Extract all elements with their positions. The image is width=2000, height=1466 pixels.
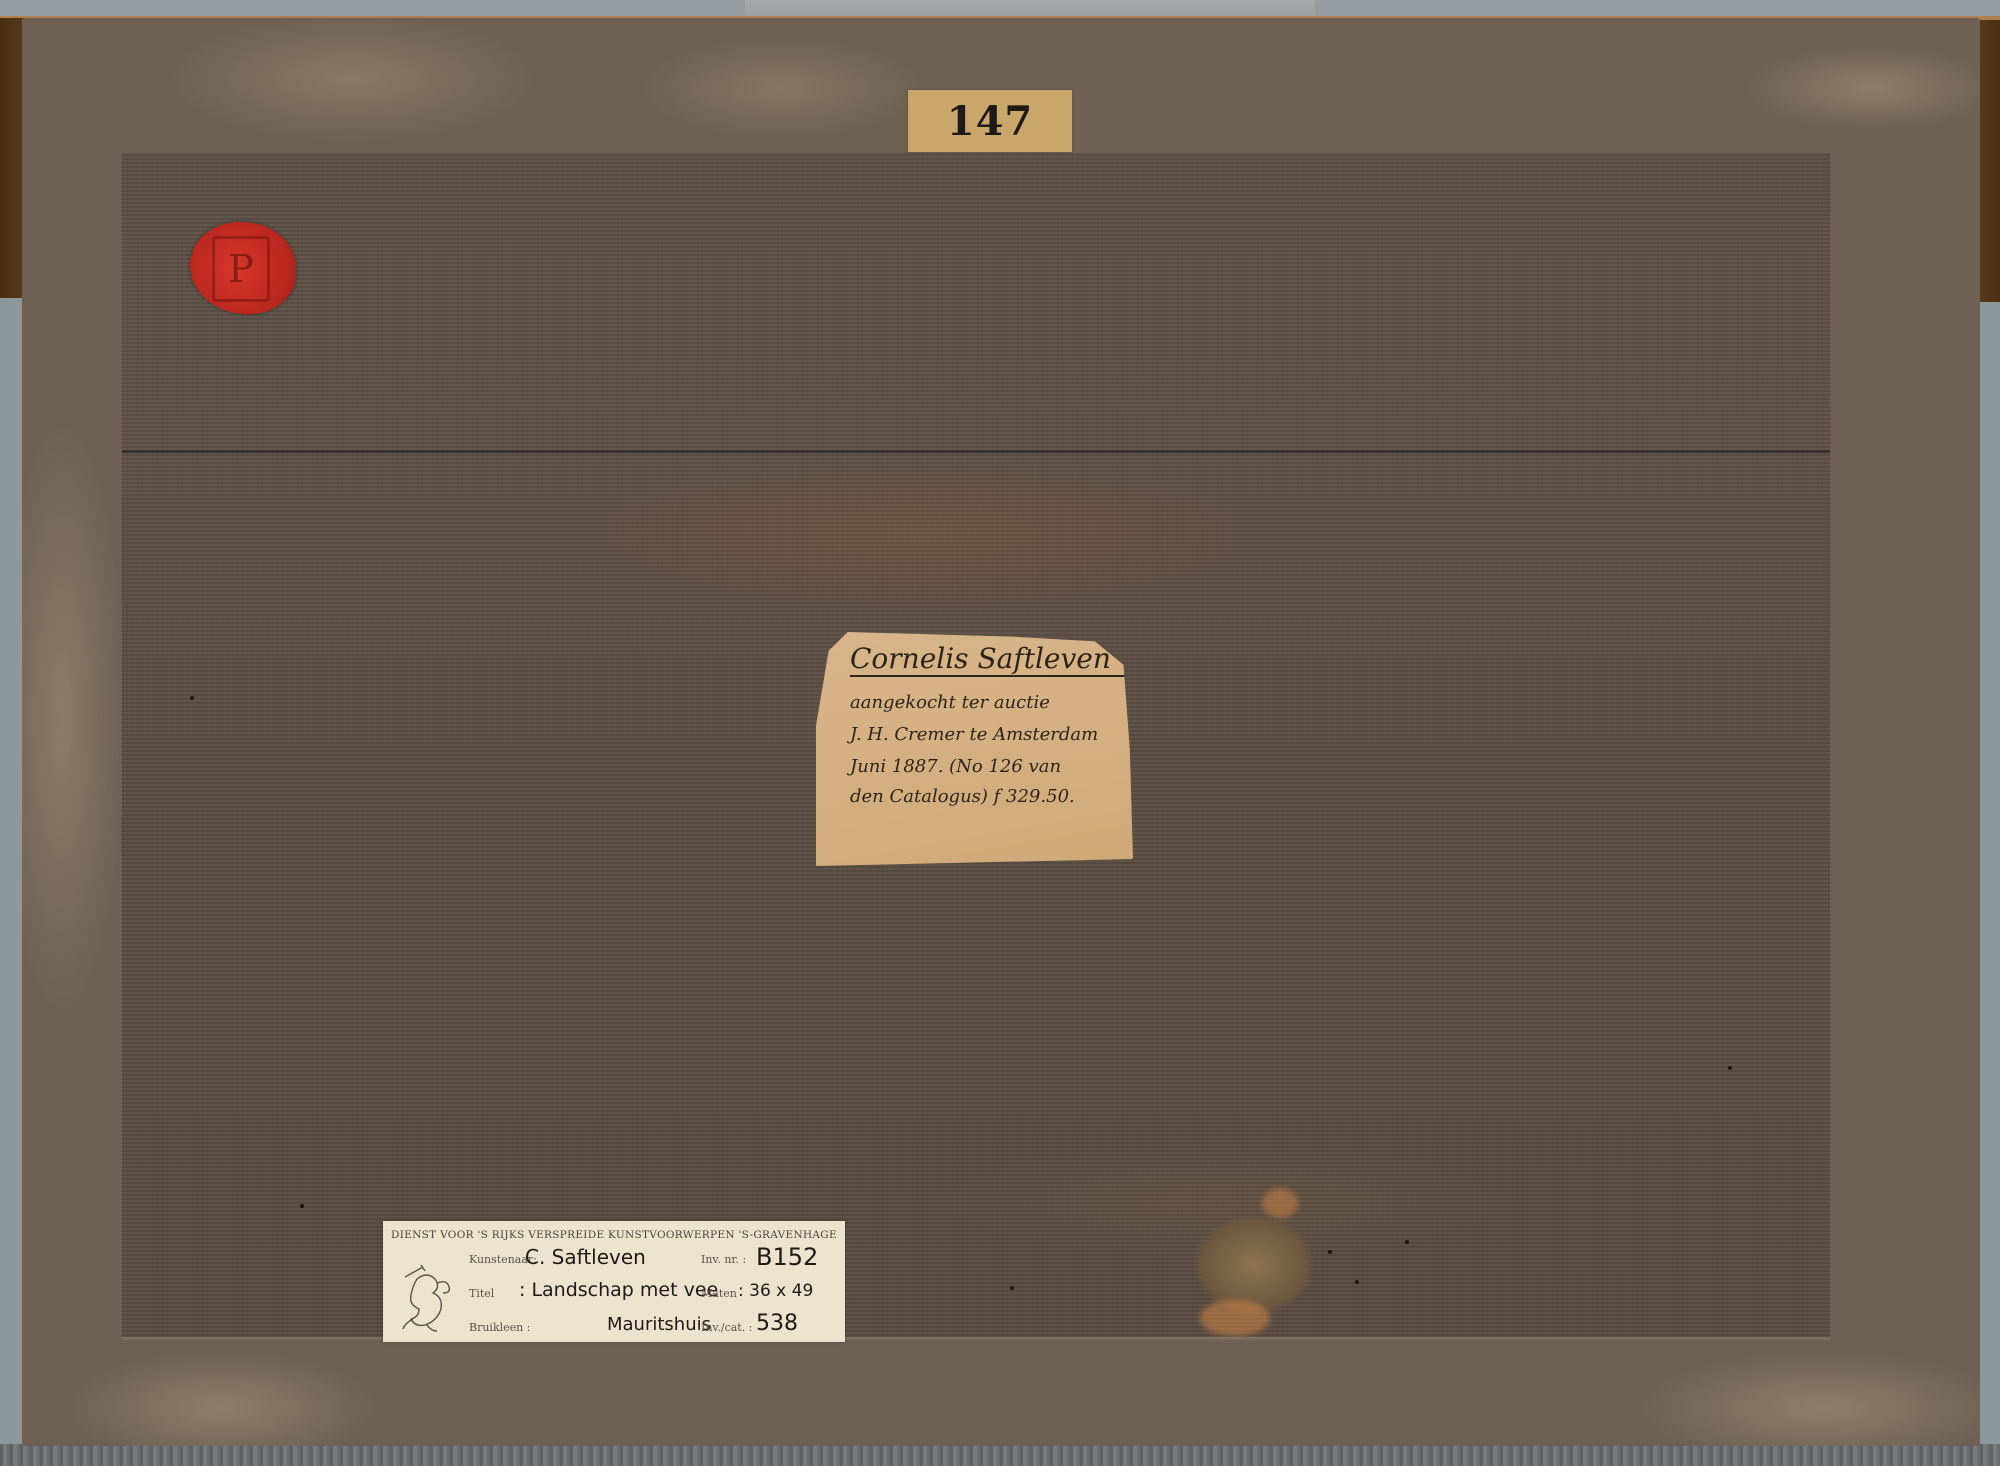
- inventory-number: 147: [947, 98, 1034, 145]
- note-line: aangekocht ter auctie: [850, 692, 1050, 713]
- note-line: den Catalogus) f 329.50.: [850, 786, 1075, 807]
- note-line: J. H. Cremer te Amsterdam: [850, 724, 1098, 745]
- dimensions-value: : 36 x 49: [738, 1281, 813, 1301]
- handwritten-provenance-note: Cornelis Saftleven aangekocht ter auctie…: [816, 632, 1133, 866]
- lion-emblem-icon: [397, 1263, 457, 1333]
- inv-cat-field-label: Inv./cat. :: [701, 1321, 752, 1334]
- note-line: Juni 1887. (No 126 van: [850, 756, 1061, 777]
- board-seam: [122, 450, 1830, 453]
- loan-field-label: Bruikleen :: [469, 1321, 530, 1334]
- wood-stain: [1262, 1188, 1298, 1218]
- worm-hole: [1355, 1280, 1359, 1284]
- dimensions-field-label: Maten: [701, 1287, 737, 1300]
- worm-hole: [1728, 1066, 1732, 1070]
- seal-monogram-icon: P: [212, 236, 270, 302]
- floor-surface: [0, 1444, 2000, 1466]
- title-field-label: Titel: [469, 1287, 494, 1300]
- worm-hole: [1405, 1240, 1409, 1244]
- wood-stain: [1200, 1300, 1270, 1336]
- worm-hole: [300, 1204, 304, 1208]
- inv-nr-value: B152: [756, 1243, 818, 1271]
- wood-knot: [1194, 1215, 1314, 1315]
- loan-value: Mauritshuis: [607, 1314, 711, 1335]
- label-header: DIENST VOOR 'S RIJKS VERSPREIDE KUNSTVOO…: [383, 1229, 845, 1241]
- bevel-edge-bottom: [122, 1337, 1830, 1340]
- inv-nr-field-label: Inv. nr. :: [701, 1253, 746, 1266]
- printed-collection-label: DIENST VOOR 'S RIJKS VERSPREIDE KUNSTVOO…: [383, 1221, 845, 1342]
- inventory-number-tag: 147: [908, 90, 1072, 152]
- worm-hole: [190, 696, 194, 700]
- worm-hole: [1010, 1286, 1014, 1290]
- note-heading: Cornelis Saftleven: [850, 642, 1127, 677]
- worm-hole: [1328, 1250, 1332, 1254]
- title-value: : Landschap met vee: [519, 1279, 718, 1301]
- artist-value: C. Saftleven: [525, 1245, 646, 1269]
- inv-cat-value: 538: [756, 1311, 798, 1336]
